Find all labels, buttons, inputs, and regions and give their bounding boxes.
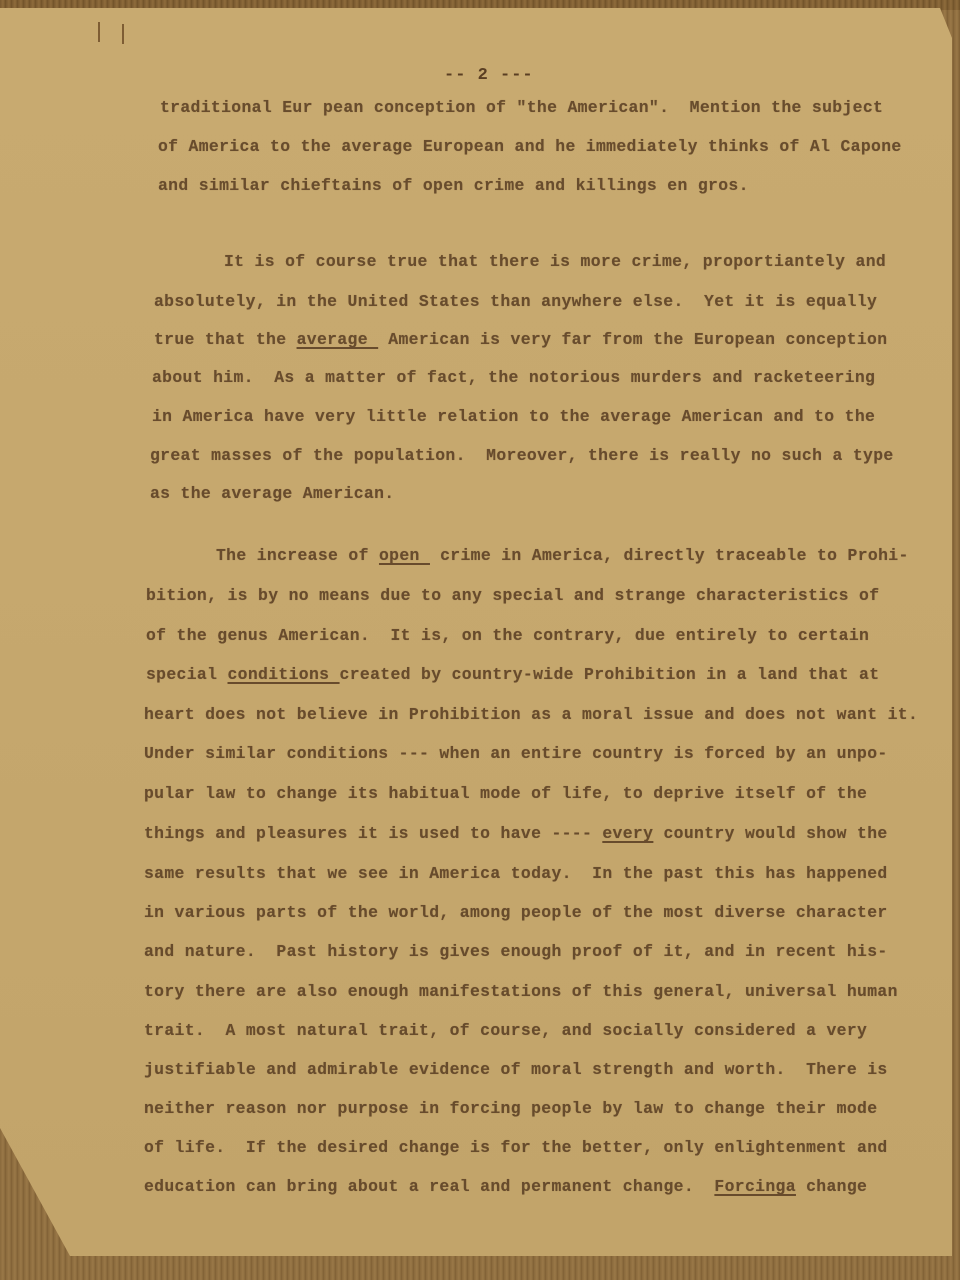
text-line: true that the average American is very f…: [154, 330, 887, 349]
text-line: education can bring about a real and per…: [144, 1177, 867, 1196]
text-line: same results that we see in America toda…: [144, 864, 888, 883]
text-line: as the average American.: [150, 484, 394, 503]
text-line: in various parts of the world, among peo…: [144, 903, 888, 922]
underlined-word: every: [602, 824, 653, 843]
text-line: It is of course true that there is more …: [224, 252, 886, 271]
text-line: of life. If the desired change is for th…: [144, 1138, 888, 1157]
text-line: pular law to change its habitual mode of…: [144, 784, 867, 803]
page-number: -- 2 ---: [444, 66, 534, 85]
text-line: in America have very little relation to …: [152, 407, 875, 426]
text-segment: true that the: [154, 330, 297, 349]
text-line: of the genus American. It is, on the con…: [146, 626, 869, 645]
underlined-word: conditions: [228, 665, 340, 684]
text-line: justifiable and admirable evidence of mo…: [144, 1060, 888, 1079]
text-line: of America to the average European and h…: [158, 137, 902, 156]
pencil-mark: [98, 22, 100, 42]
text-line: absolutely, in the United States than an…: [154, 292, 877, 311]
text-line: trait. A most natural trait, of course, …: [144, 1021, 867, 1040]
text-line: great masses of the population. Moreover…: [150, 446, 894, 465]
text-segment: country would show the: [653, 824, 887, 843]
text-segment: created by country-wide Prohibition in a…: [340, 665, 880, 684]
typed-page: -- 2 --- traditional Eur pean conception…: [0, 8, 952, 1256]
text-segment: change: [796, 1177, 867, 1196]
text-line: neither reason nor purpose in forcing pe…: [144, 1099, 877, 1118]
text-segment: American is very far from the European c…: [378, 330, 887, 349]
text-segment: special: [146, 665, 228, 684]
underlined-word: average: [297, 330, 379, 349]
text-segment: education can bring about a real and per…: [144, 1177, 714, 1196]
text-segment: things and pleasures it is used to have …: [144, 824, 602, 843]
text-line: things and pleasures it is used to have …: [144, 824, 888, 843]
underlined-word: Forcinga: [714, 1177, 796, 1196]
text-line: bition, is by no means due to any specia…: [146, 586, 879, 605]
text-line: and nature. Past history is gives enough…: [144, 942, 888, 961]
text-segment: crime in America, directly traceable to …: [430, 546, 909, 565]
text-segment: The increase of: [216, 546, 379, 565]
text-line: special conditions created by country-wi…: [146, 665, 879, 684]
underlined-word: open: [379, 546, 430, 565]
text-line: Under similar conditions --- when an ent…: [144, 744, 888, 763]
text-line: tory there are also enough manifestation…: [144, 982, 898, 1001]
text-line: and similar chieftains of open crime and…: [158, 176, 749, 195]
pencil-mark: [122, 24, 124, 44]
text-line: traditional Eur pean conception of "the …: [160, 98, 883, 117]
text-line: The increase of open crime in America, d…: [216, 546, 909, 565]
text-line: heart does not believe in Prohibition as…: [144, 705, 918, 724]
text-line: about him. As a matter of fact, the noto…: [152, 368, 875, 387]
